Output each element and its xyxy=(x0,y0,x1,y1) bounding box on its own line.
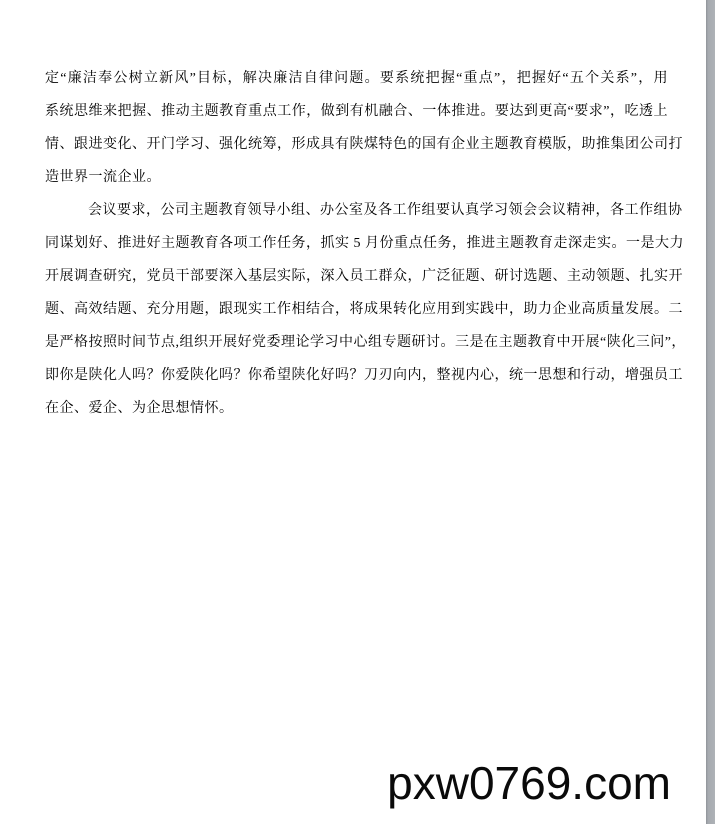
document-text-block: 定“廉洁奉公树立新风”目标，解决廉洁自律问题。要系统把握“重点”，把握好“五个关… xyxy=(45,62,668,425)
document-line: 开展调查研究，党员干部要深入基层实际，深入员工群众，广泛征题、研讨选题、主动领题… xyxy=(45,260,668,293)
document-line: 造世界一流企业。 xyxy=(45,161,668,194)
document-page: 定“廉洁奉公树立新风”目标，解决廉洁自律问题。要系统把握“重点”，把握好“五个关… xyxy=(0,0,715,824)
document-line: 是严格按照时间节点,组织开展好党委理论学习中心组专题研讨。三是在主题教育中开展“… xyxy=(45,326,668,359)
document-line: 会议要求，公司主题教育领导小组、办公室及各工作组要认真学习领会会议精神，各工作组… xyxy=(45,194,668,227)
page-edge-strip xyxy=(706,0,715,824)
document-line: 情、跟进变化、开门学习、强化统筹，形成具有陕煤特色的国有企业主题教育模版，助推集… xyxy=(45,128,668,161)
watermark-text: pxw0769.com xyxy=(387,758,671,809)
document-line: 即你是陕化人吗？你爱陕化吗？你希望陕化好吗？刀刃向内，整视内心，统一思想和行动，… xyxy=(45,359,668,392)
document-line: 同谋划好、推进好主题教育各项工作任务，抓实 5 月份重点任务，推进主题教育走深走… xyxy=(45,227,668,260)
document-line: 在企、爱企、为企思想情怀。 xyxy=(45,392,668,425)
document-line: 定“廉洁奉公树立新风”目标，解决廉洁自律问题。要系统把握“重点”，把握好“五个关… xyxy=(45,62,668,95)
document-line: 题、高效结题、充分用题，跟现实工作相结合，将成果转化应用到实践中，助力企业高质量… xyxy=(45,293,668,326)
document-line: 系统思维来把握、推动主题教育重点工作，做到有机融合、一体推进。要达到更高“要求”… xyxy=(45,95,668,128)
